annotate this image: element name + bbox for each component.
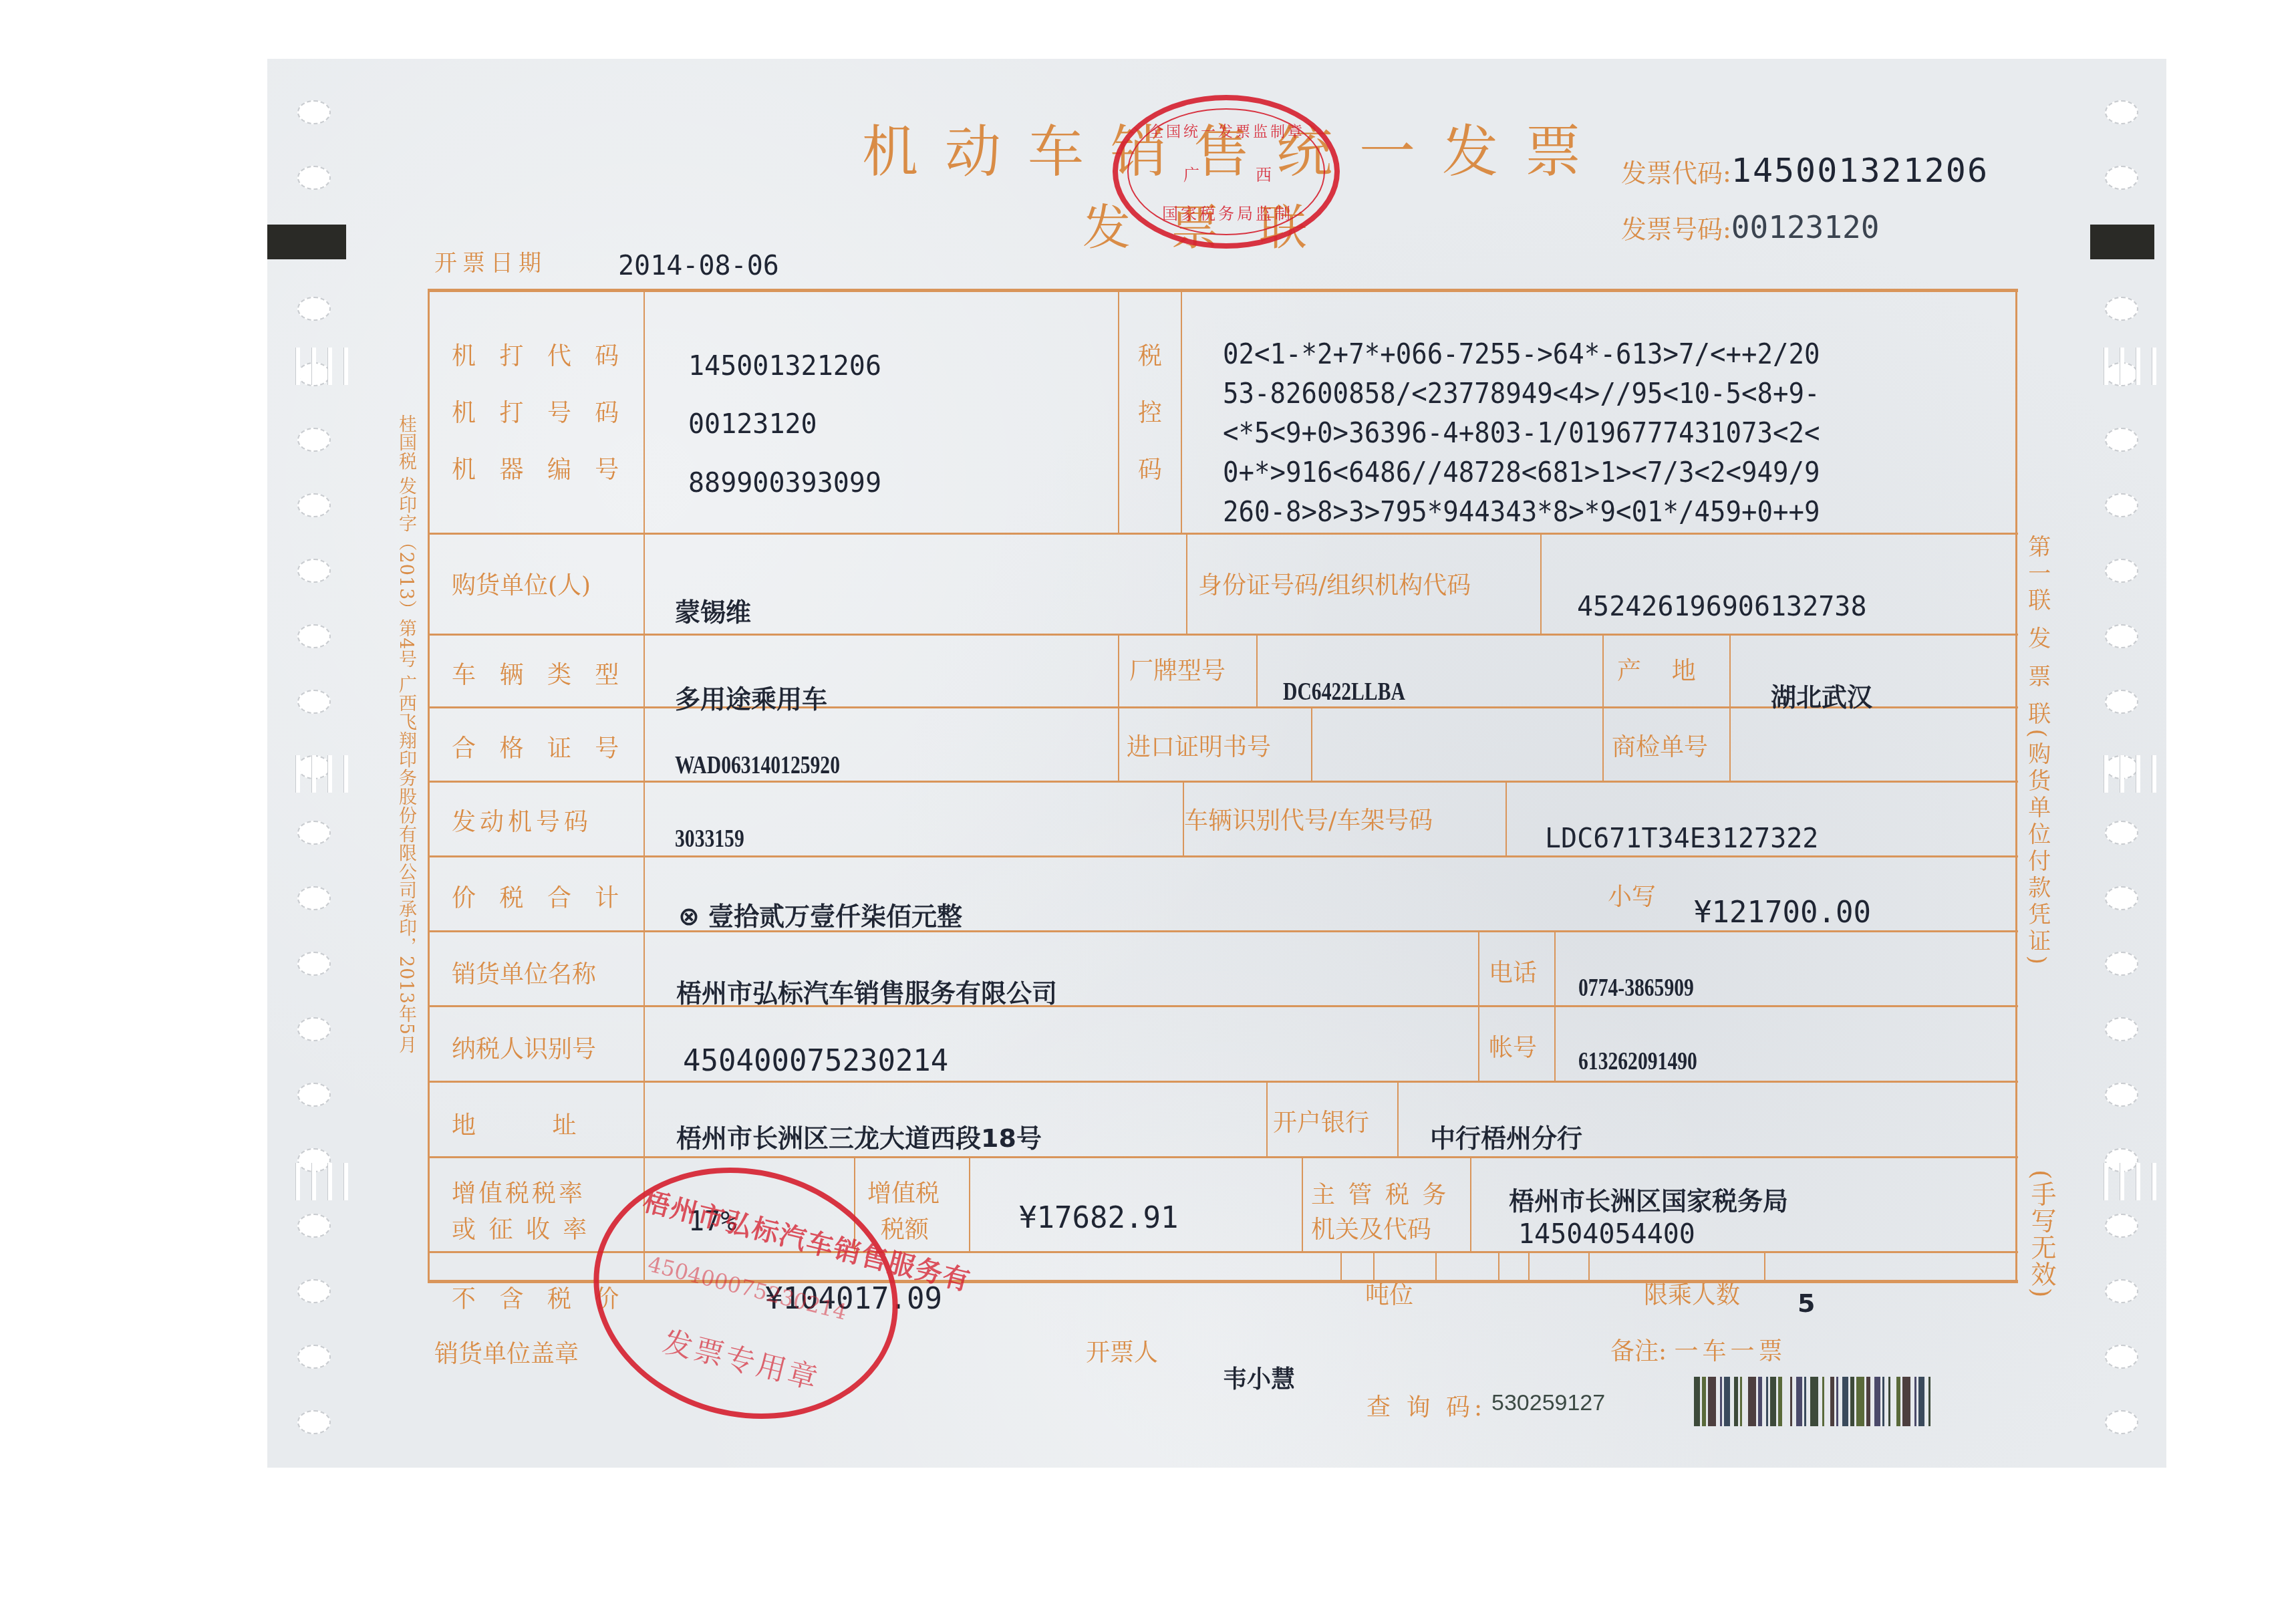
- seller-name-value: 梧州市弘标汽车销售服务有限公司: [676, 972, 1057, 1009]
- tax-control-label-2: 控: [1138, 394, 1162, 428]
- vat-label-1: 增值税: [867, 1175, 940, 1209]
- authority-code: 14504054400: [1518, 1219, 1695, 1250]
- passengers-value: 5: [1798, 1289, 1815, 1318]
- remark-label-text: 备注:: [1610, 1338, 1667, 1365]
- authority-label-2: 机关及代码: [1311, 1211, 1431, 1245]
- import-cert-label: 进口证明书号: [1127, 728, 1271, 763]
- tax-rate-label-1: 增值税税率: [452, 1175, 585, 1209]
- total-label: 价 税 合 计: [452, 880, 627, 914]
- address-value: 梧州市长洲区三龙大道西段18号: [676, 1117, 1042, 1154]
- inspection-label: 商检单号: [1612, 728, 1708, 763]
- machine-id-label: 机 器 编 号: [452, 451, 627, 485]
- machine-number-label: 机 打 号 码: [452, 394, 627, 428]
- tax-bureau-stamp-right: 西: [1256, 162, 1272, 185]
- model-value: DC6422LLBA: [1283, 676, 1439, 706]
- remark-value: 一车一票: [1675, 1338, 1787, 1365]
- seller-stamp-code: 450400075230214: [645, 1251, 850, 1325]
- tax-control-line: 260-8>8>3>795*944343*8>*9<01*/459+0++9: [1223, 492, 1820, 531]
- certificate-value: WAD063140125920: [675, 750, 887, 780]
- tax-bureau-stamp-bottom: 国家税务局监制: [1162, 200, 1293, 224]
- origin-label: 产 地: [1617, 652, 1696, 686]
- tonnage-label: 吨位: [1365, 1277, 1413, 1311]
- query-code-label: 查 询 码:: [1367, 1389, 1486, 1423]
- machine-id-value: 889900393099: [688, 468, 881, 499]
- engine-value: 3033159: [675, 823, 764, 853]
- phone-value: 0774-3865909: [1578, 972, 1727, 1002]
- account-text: 613262091490: [1578, 1047, 1697, 1076]
- total-lowercase-label: 小写: [1608, 878, 1656, 912]
- address-label: 地 址: [452, 1107, 576, 1141]
- tax-control-code: 02<1-*2+7*+066-7255->64*-613>7/<++2/20 5…: [1223, 334, 1865, 531]
- tax-bureau-stamp: 全国统一发票监制章 广 西 国家税务局监制: [1113, 95, 1340, 249]
- seller-name-label: 销货单位名称: [452, 956, 596, 990]
- model-text: DC6422LLBA: [1283, 677, 1405, 706]
- bank-label: 开户银行: [1273, 1104, 1369, 1138]
- tax-control-line: 02<1-*2+7*+066-7255->64*-613>7/<++2/20: [1223, 334, 1820, 374]
- vehicle-type-label: 车 辆 类 型: [452, 656, 627, 690]
- query-code-value: 530259127: [1491, 1390, 1605, 1416]
- no-entry-icon: ⊗: [678, 902, 700, 931]
- seller-seal-label: 销货单位盖章: [434, 1335, 579, 1369]
- machine-code-label: 机 打 代 码: [452, 338, 627, 372]
- machine-code-value: 145001321206: [688, 351, 881, 382]
- handwritten-invalid-note: (手写无效): [2023, 1170, 2060, 1299]
- tax-control-line: <*5<9+0>36396-4+803-1/0196777431073<2<: [1223, 413, 1820, 452]
- model-label: 厂牌型号: [1129, 652, 1226, 686]
- buyer-label: 购货单位(人): [452, 567, 591, 601]
- machine-number-value: 00123120: [688, 409, 817, 440]
- total-uppercase: ⊗ 壹拾贰万壹仟柒佰元整: [678, 896, 962, 932]
- passengers-label: 限乘人数: [1644, 1277, 1740, 1311]
- authority-label-1: 主 管 税 务: [1311, 1176, 1449, 1210]
- vat-value: ¥17682.91: [1019, 1201, 1178, 1235]
- phone-text: 0774-3865909: [1578, 973, 1694, 1002]
- remark-label: 备注: 一车一票: [1610, 1333, 1787, 1367]
- bank-value: 中行梧州分行: [1430, 1117, 1582, 1154]
- tax-control-label-3: 码: [1138, 451, 1162, 485]
- tax-control-label-1: 税: [1138, 338, 1162, 372]
- certificate-text: WAD063140125920: [675, 751, 840, 780]
- printer-info: 桂国税 发印字（2013）第4号 广西飞翔印务股份有限公司承印，2013年5月: [393, 414, 419, 1054]
- issuer-label: 开票人: [1086, 1334, 1158, 1368]
- seller-stamp-bottom: 发票专用章: [659, 1317, 825, 1397]
- taxpayer-id-value: 450400075230214: [683, 1044, 948, 1078]
- engine-label: 发动机号码: [452, 803, 592, 837]
- vin-label: 车辆识别代号/车架号码: [1184, 802, 1433, 836]
- total-lowercase-value: ¥121700.00: [1694, 896, 1871, 930]
- phone-label: 电话: [1489, 954, 1537, 988]
- tax-bureau-stamp-left: 广: [1183, 162, 1199, 185]
- barcode: [1694, 1377, 2088, 1426]
- tax-rate-label-2: 或 征 收 率: [452, 1211, 589, 1245]
- taxpayer-id-label: 纳税人识别号: [452, 1031, 596, 1065]
- tax-control-line: 53-82600858/<23778949<4>//95<10-5<8+9-: [1223, 374, 1820, 413]
- tax-bureau-stamp-arc: 全国统一发票监制章: [1149, 120, 1305, 141]
- buyer-name: 蒙锡维: [675, 591, 751, 628]
- tax-control-line: 0+*>916<6486//48728<681>1><7/3<2<949/9: [1223, 452, 1820, 492]
- account-label: 帐号: [1489, 1029, 1537, 1063]
- issuer-value: 韦小慧: [1223, 1361, 1295, 1395]
- certificate-label: 合 格 证 号: [452, 730, 627, 764]
- buyer-id-value: 452426196906132738: [1577, 591, 1866, 622]
- vin-value: LDC671T34E3127322: [1545, 823, 1818, 854]
- account-value: 613262091490: [1578, 1046, 1731, 1076]
- form-grid: [0, 0, 2296, 1610]
- vehicle-type-value: 多用途乘用车: [675, 678, 827, 715]
- origin-value: 湖北武汉: [1771, 676, 1872, 713]
- buyer-id-label: 身份证号码/组织机构代码: [1198, 567, 1471, 601]
- engine-text: 3033159: [675, 824, 744, 853]
- total-uppercase-text: 壹拾贰万壹仟柒佰元整: [708, 902, 962, 931]
- copy-designation: 第一联 发 票 联(购货单位付款凭证): [2023, 535, 2051, 968]
- authority-value: 梧州市长洲区国家税务局: [1509, 1180, 1788, 1217]
